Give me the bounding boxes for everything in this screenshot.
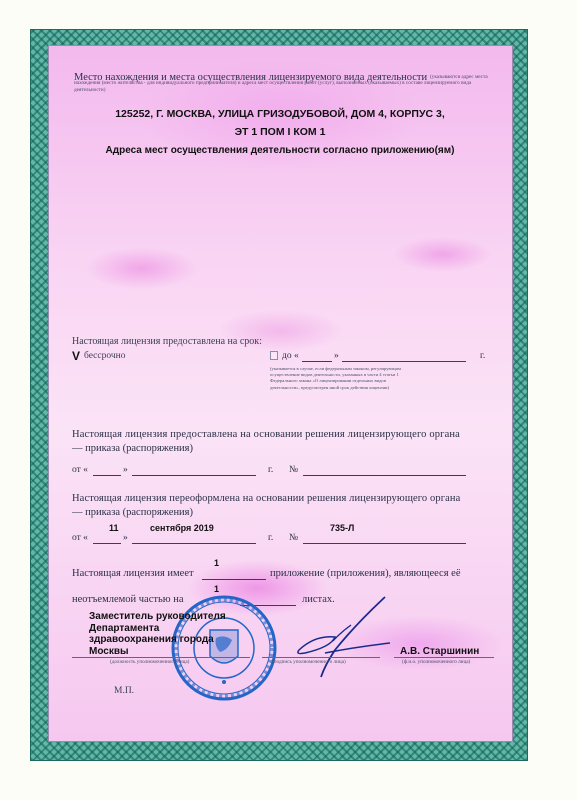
reissued-year-suffix: г. [268,533,273,543]
signature-caption: (подпись уполномоченного лица) [272,659,346,665]
annex-addresses-note: Адреса мест осуществления деятельности с… [60,145,500,156]
reissued-quote-close: » [123,533,128,543]
term-label: Настоящая лицензия предоставлена на срок… [72,336,262,347]
reissued-text-line-1: Настоящая лицензия переоформлена на осно… [72,493,460,504]
until-note: (указывается в случае, если федеральным … [270,366,416,391]
until-month-year-field[interactable] [342,361,466,362]
location-heading-note: (указываются адрес места нахождения (мес… [74,74,500,93]
annex-count-value: 1 [214,558,219,568]
annex-line-1-prefix: Настоящая лицензия имеет [72,568,194,579]
signatory-name: А.В. Старшинин [400,646,479,657]
name-caption: (ф.и.о. уполномоченного лица) [402,659,470,665]
reissued-number-value: 735-Л [330,523,354,533]
reissued-number-label: № [289,533,298,543]
indefinite-label: бессрочно [84,351,125,361]
signatory-position: Заместитель руководителя Департамента зд… [89,611,226,657]
annex-line-2-prefix: неотъемлемой частью на [72,594,183,605]
granted-text-line-1: Настоящая лицензия предоставлена на осно… [72,429,460,440]
reissued-month-year-field[interactable] [132,543,256,544]
sheet-count-value: 1 [214,584,219,594]
signature-line [262,657,380,658]
reissued-from-label: от « [72,533,88,543]
reissued-number-field[interactable] [303,543,466,544]
granted-from-label: от « [72,465,88,475]
granted-number-field[interactable] [303,475,466,476]
annex-line-1-suffix: приложение (приложения), являющееся её [270,568,461,579]
signature-icon [285,595,395,680]
until-quote-close: » [334,351,339,361]
annex-count-field[interactable] [202,579,266,580]
granted-quote-close: » [123,465,128,475]
until-day-field[interactable] [302,361,332,362]
granted-number-label: № [289,465,298,475]
position-line-4: Москвы [89,646,226,658]
address-line-2: ЭТ 1 ПОМ I КОМ 1 [60,126,500,138]
indefinite-checkbox[interactable]: V [72,349,80,363]
granted-year-suffix: г. [268,465,273,475]
until-label: до « [282,351,299,361]
granted-day-field[interactable] [93,475,121,476]
until-checkbox[interactable] [270,351,278,360]
position-caption: (должность уполномоченного лица) [110,659,189,665]
granted-month-year-field[interactable] [132,475,256,476]
address-line-1: 125252, Г. МОСКВА, УЛИЦА ГРИЗОДУБОВОЙ, Д… [60,108,500,120]
position-line [72,657,250,658]
name-line [394,657,494,658]
seal-label: М.П. [114,686,134,696]
position-line-3: здравоохранения города [89,634,226,646]
position-line-2: Департамента [89,623,226,635]
reissued-day-value: 11 [109,523,119,533]
reissued-text-line-2: — приказа (распоряжения) [72,507,193,518]
reissued-month-year-value: сентября 2019 [150,523,214,533]
granted-text-line-2: — приказа (распоряжения) [72,443,193,454]
until-year-suffix: г. [480,351,485,361]
position-line-1: Заместитель руководителя [89,611,226,623]
reissued-day-field[interactable] [93,543,121,544]
